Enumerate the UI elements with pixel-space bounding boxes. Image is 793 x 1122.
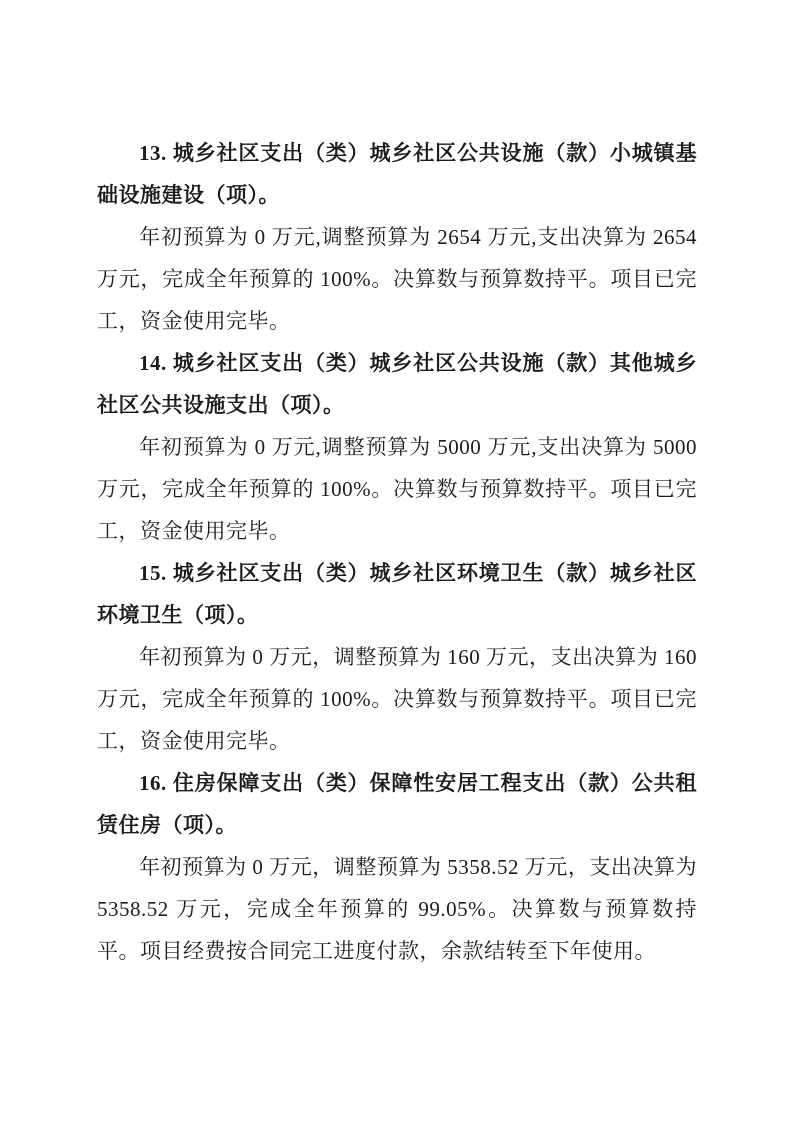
budget-item-13-body: 年初预算为 0 万元,调整预算为 2654 万元,支出决算为 2654 万元，完… <box>97 216 697 342</box>
budget-item-14-heading: 14. 城乡社区支出（类）城乡社区公共设施（款）其他城乡社区公共设施支出（项）。 <box>97 342 697 426</box>
budget-item-14-section: 14. 城乡社区支出（类）城乡社区公共设施（款）其他城乡社区公共设施支出（项）。… <box>97 342 697 552</box>
budget-item-16-section: 16. 住房保障支出（类）保障性安居工程支出（款）公共租赁住房（项）。 年初预算… <box>97 762 697 972</box>
budget-item-14-body: 年初预算为 0 万元,调整预算为 5000 万元,支出决算为 5000 万元，完… <box>97 426 697 552</box>
budget-item-15-heading: 15. 城乡社区支出（类）城乡社区环境卫生（款）城乡社区环境卫生（项）。 <box>97 552 697 636</box>
budget-item-15-body: 年初预算为 0 万元，调整预算为 160 万元，支出决算为 160 万元，完成全… <box>97 636 697 762</box>
budget-item-16-body: 年初预算为 0 万元，调整预算为 5358.52 万元，支出决算为 5358.5… <box>97 846 697 972</box>
document-page: 13. 城乡社区支出（类）城乡社区公共设施（款）小城镇基础设施建设（项）。 年初… <box>0 0 793 1122</box>
budget-item-13-section: 13. 城乡社区支出（类）城乡社区公共设施（款）小城镇基础设施建设（项）。 年初… <box>97 132 697 342</box>
budget-item-15-section: 15. 城乡社区支出（类）城乡社区环境卫生（款）城乡社区环境卫生（项）。 年初预… <box>97 552 697 762</box>
budget-item-16-heading: 16. 住房保障支出（类）保障性安居工程支出（款）公共租赁住房（项）。 <box>97 762 697 846</box>
budget-item-13-heading: 13. 城乡社区支出（类）城乡社区公共设施（款）小城镇基础设施建设（项）。 <box>97 132 697 216</box>
